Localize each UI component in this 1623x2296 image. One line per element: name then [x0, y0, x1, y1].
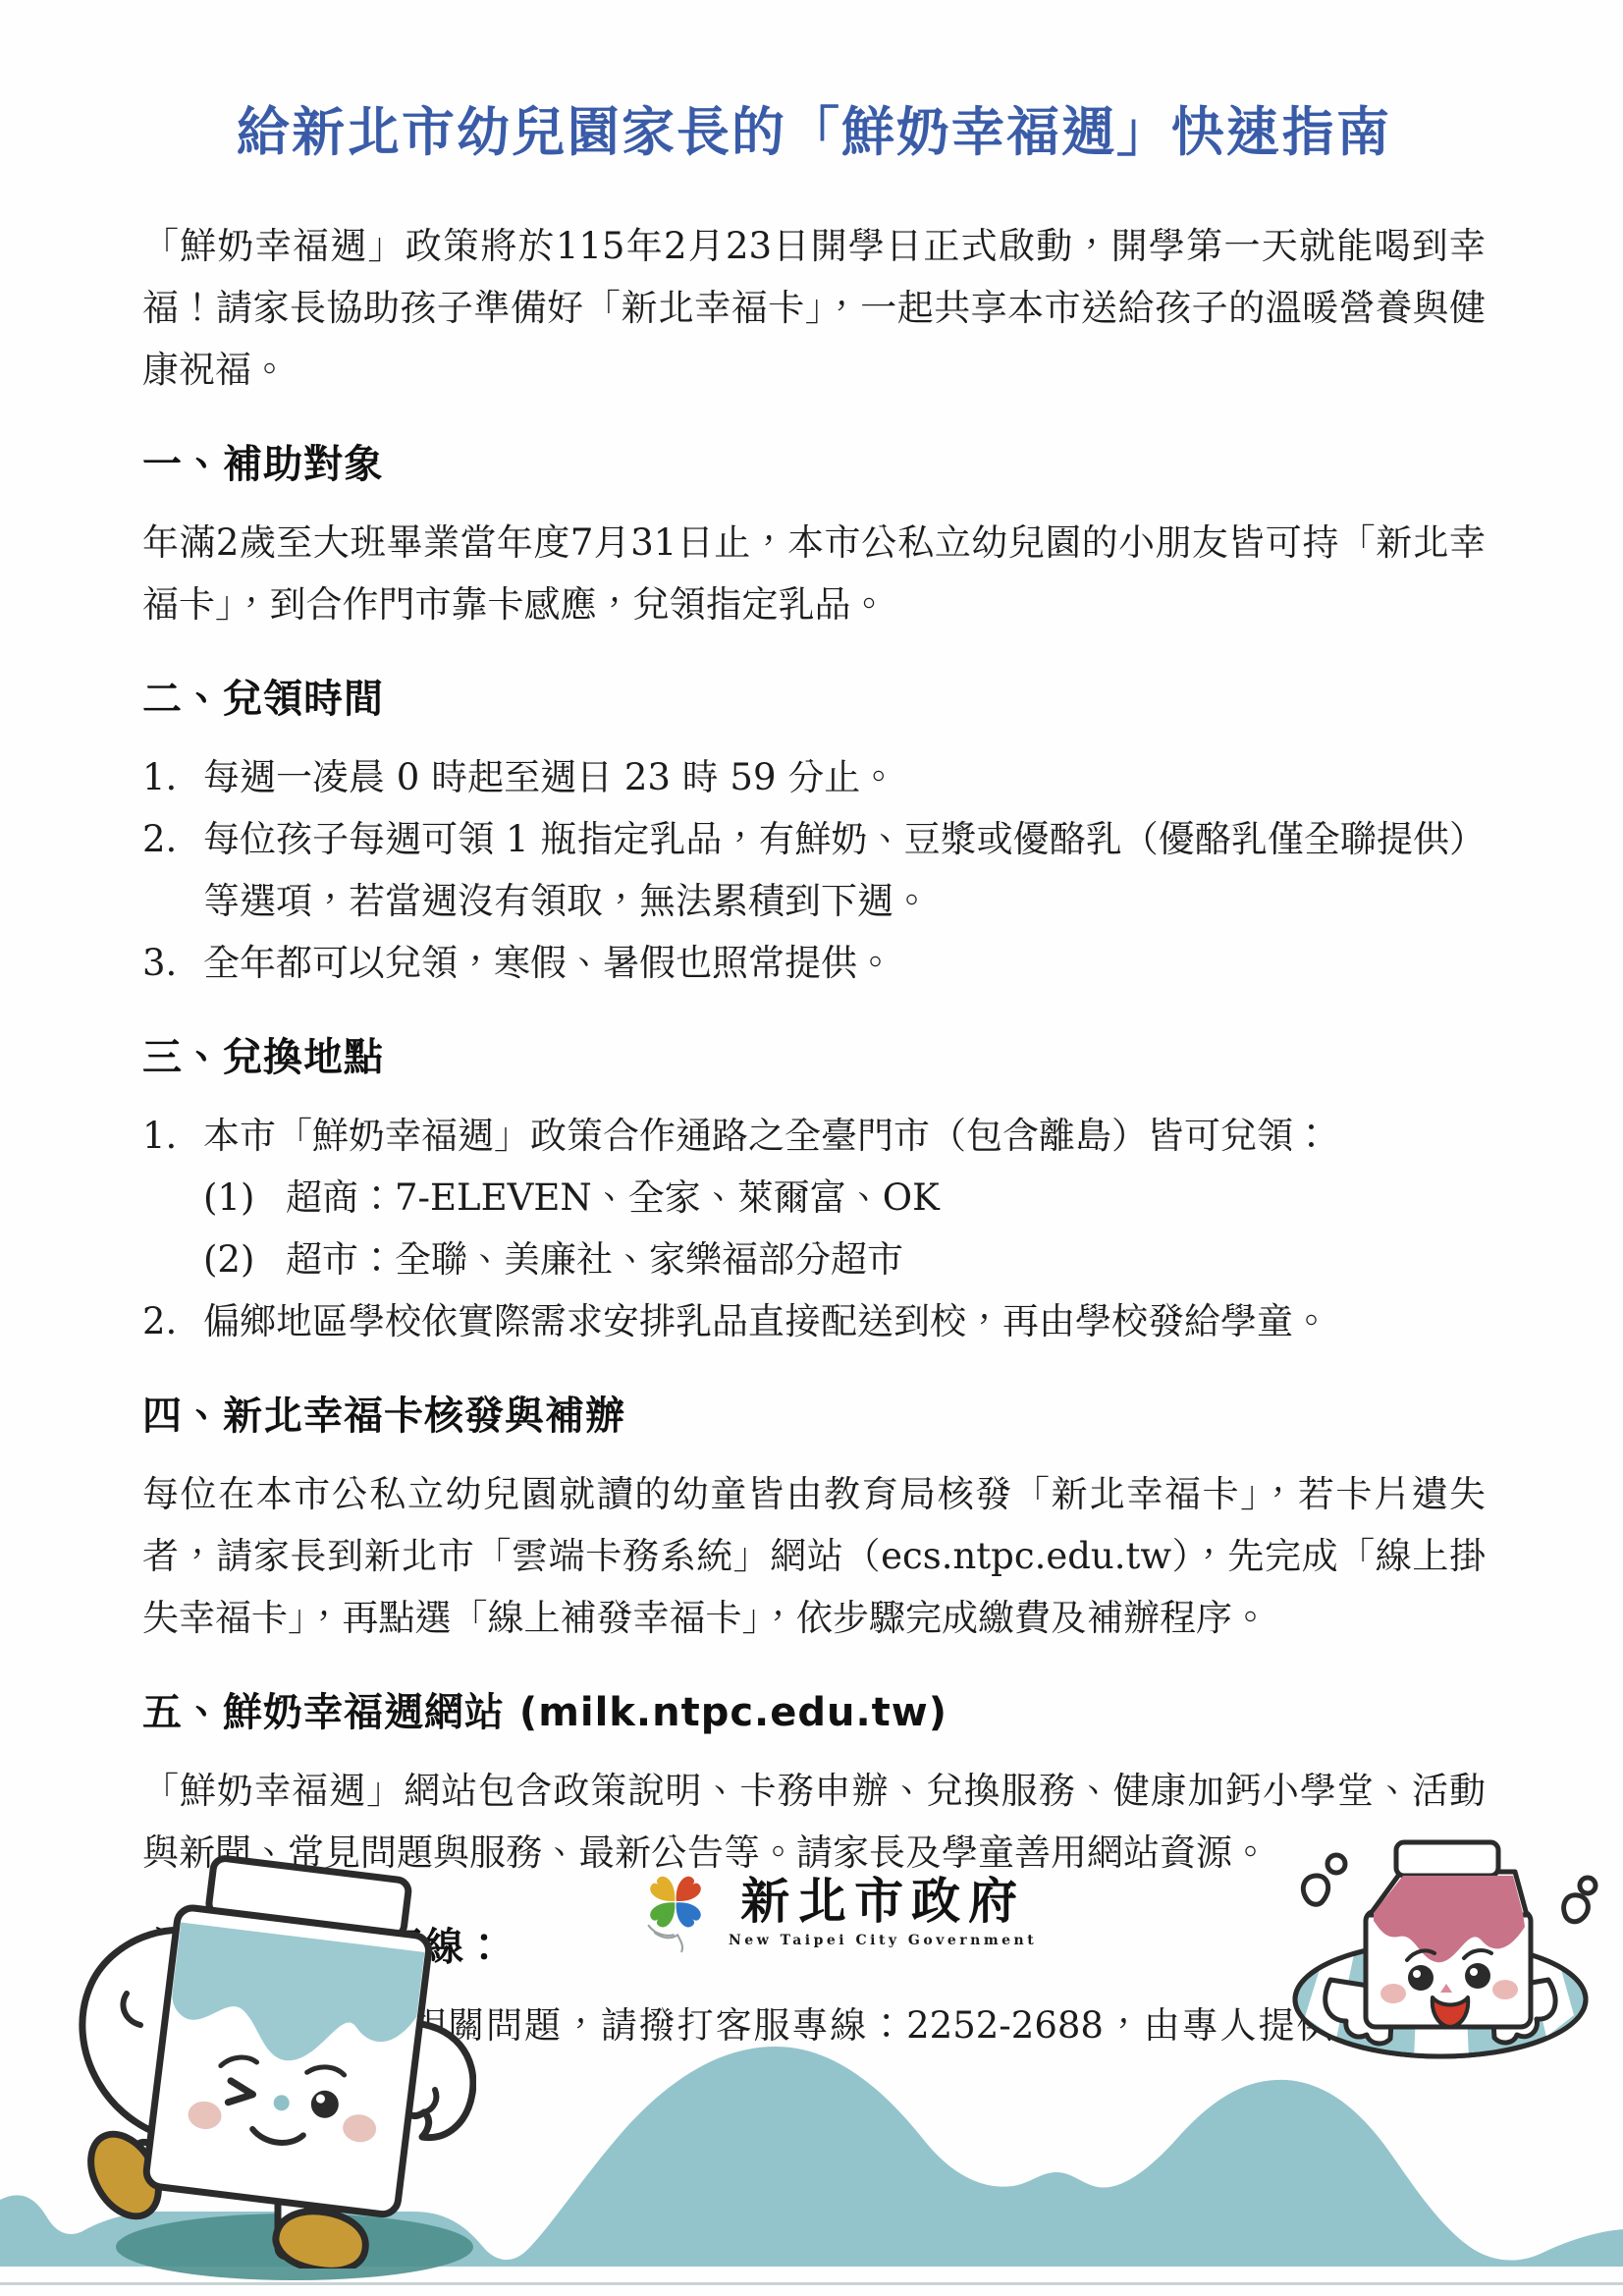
ntpc-logo-english: New Taipei City Government — [729, 1933, 1037, 1948]
intro-paragraph: 「鮮奶幸福週」政策將於115年2月23日開學日正式啟動，開學第一天就能喝到幸福！… — [142, 215, 1486, 401]
list-item-number: 2. — [142, 1290, 203, 1352]
ntpc-logo-text: 新北市政府 New Taipei City Government — [729, 1864, 1037, 1948]
page-title: 給新北市幼兒園家長的「鮮奶幸福週」快速指南 — [142, 90, 1486, 166]
list-item-text: 偏鄉地區學校依實際需求安排乳品直接配送到校，再由學校發給學童。 — [203, 1290, 1486, 1352]
list-item-number: (2) — [203, 1229, 286, 1290]
ntpc-logo-chinese: 新北市政府 — [740, 1874, 1025, 1929]
list-item-text: 全年都可以兌領，寒假、暑假也照常提供。 — [203, 932, 1486, 994]
list-item-text: 每週一凌晨 0 時起至週日 23 時 59 分止。 — [203, 746, 1486, 808]
sub-list: (1) 超商：7-ELEVEN、全家、萊爾富、OK (2) 超市：全聯、美廉社、… — [203, 1167, 1486, 1290]
section-heading: 一、補助對象 — [142, 433, 1486, 489]
section-heading: 五、鮮奶幸福週網站 (milk.ntpc.edu.tw) — [142, 1681, 1486, 1737]
list-item: 1. 本市「鮮奶幸福週」政策合作通路之全臺門市（包含離島）皆可兌領： — [142, 1105, 1486, 1167]
sub-list-item: (1) 超商：7-ELEVEN、全家、萊爾富、OK — [203, 1167, 1486, 1229]
section-body: 年滿2歲至大班畢業當年度7月31日止，本市公私立幼兒園的小朋友皆可持「新北幸福卡… — [142, 512, 1486, 635]
list-item-text: 超商：7-ELEVEN、全家、萊爾富、OK — [286, 1167, 1486, 1229]
list-item-number: 1. — [142, 746, 203, 808]
numbered-list: 1. 本市「鮮奶幸福週」政策合作通路之全臺門市（包含離島）皆可兌領： (1) 超… — [142, 1105, 1486, 1352]
list-item: 3. 全年都可以兌領，寒假、暑假也照常提供。 — [142, 932, 1486, 994]
section-subsidy-target: 一、補助對象 年滿2歲至大班畢業當年度7月31日止，本市公私立幼兒園的小朋友皆可… — [142, 433, 1486, 635]
list-item-text: 超市：全聯、美廉社、家樂福部分超市 — [286, 1229, 1486, 1290]
section-heading: 四、新北幸福卡核發與補辦 — [142, 1385, 1486, 1441]
list-item: 1. 每週一凌晨 0 時起至週日 23 時 59 分止。 — [142, 746, 1486, 808]
list-item-text: 本市「鮮奶幸福週」政策合作通路之全臺門市（包含離島）皆可兌領： — [203, 1105, 1486, 1167]
sub-list-item: (2) 超市：全聯、美廉社、家樂福部分超市 — [203, 1229, 1486, 1290]
ntpc-flower-logo-icon — [636, 1864, 715, 1954]
strawberry-milk-mascot-illustration — [1271, 1834, 1610, 2065]
milk-carton-mascot-illustration — [15, 1846, 476, 2269]
list-item-number: 1. — [142, 1105, 203, 1167]
list-item-number: 2. — [142, 808, 203, 932]
list-item-number: 3. — [142, 932, 203, 994]
section-redeem-time: 二、兌領時間 1. 每週一凌晨 0 時起至週日 23 時 59 分止。 2. 每… — [142, 668, 1486, 994]
document-content: 給新北市幼兒園家長的「鮮奶幸福週」快速指南 「鮮奶幸福週」政策將於115年2月2… — [142, 90, 1486, 2118]
section-heading: 三、兌換地點 — [142, 1026, 1486, 1082]
section-redeem-locations: 三、兌換地點 1. 本市「鮮奶幸福週」政策合作通路之全臺門市（包含離島）皆可兌領… — [142, 1026, 1486, 1352]
list-item-text: 每位孩子每週可領 1 瓶指定乳品，有鮮奶、豆漿或優酪乳（優酪乳僅全聯提供）等選項… — [203, 808, 1486, 932]
list-item: 2. 偏鄉地區學校依實際需求安排乳品直接配送到校，再由學校發給學童。 — [142, 1290, 1486, 1352]
section-body: 每位在本市公私立幼兒園就讀的幼童皆由教育局核發「新北幸福卡」，若卡片遺失者，請家… — [142, 1463, 1486, 1649]
list-item: 2. 每位孩子每週可領 1 瓶指定乳品，有鮮奶、豆漿或優酪乳（優酪乳僅全聯提供）… — [142, 808, 1486, 932]
ntpc-logo: 新北市政府 New Taipei City Government — [636, 1864, 1037, 1954]
section-card-issue-reissue: 四、新北幸福卡核發與補辦 每位在本市公私立幼兒園就讀的幼童皆由教育局核發「新北幸… — [142, 1385, 1486, 1649]
scanned-flyer-page: 給新北市幼兒園家長的「鮮奶幸福週」快速指南 「鮮奶幸福週」政策將於115年2月2… — [0, 0, 1623, 2296]
numbered-list: 1. 每週一凌晨 0 時起至週日 23 時 59 分止。 2. 每位孩子每週可領… — [142, 746, 1486, 994]
section-heading: 二、兌領時間 — [142, 668, 1486, 724]
list-item-number: (1) — [203, 1167, 286, 1229]
